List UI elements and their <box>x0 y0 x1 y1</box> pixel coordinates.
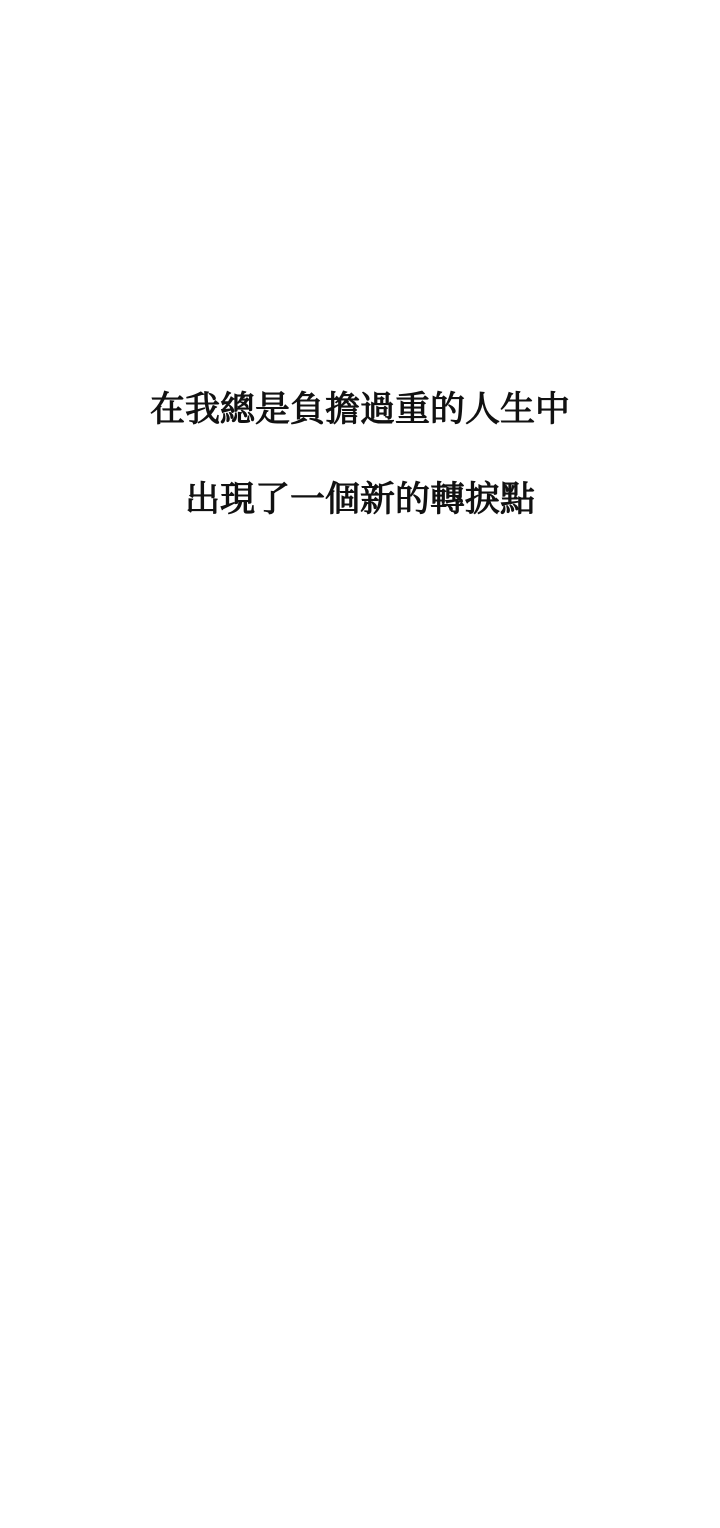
comic-panel: 在我總是負擔過重的人生中 出現了一個新的轉捩點 <box>0 0 720 1528</box>
caption-line-2: 出現了一個新的轉捩點 <box>0 480 720 520</box>
caption-line-1: 在我總是負擔過重的人生中 <box>0 390 720 430</box>
